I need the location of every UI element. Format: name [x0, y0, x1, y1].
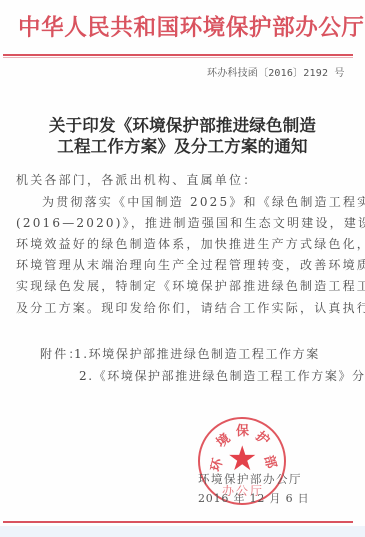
- issuer-heading: 中华人民共和国环境保护部办公厅: [18, 11, 336, 45]
- body-line-1: 为贯彻落实《中国制造 2025》和《绿色制造工程实施指南: [42, 193, 365, 210]
- footer-red-rule: [3, 521, 353, 523]
- attachment-item-1: 1.环境保护部推进绿色制造工程工作方案: [74, 345, 320, 362]
- body-line-6: 及分工方案。现印发给你们，请结合工作实际，认真执行。: [16, 299, 365, 316]
- footer-band: [0, 526, 365, 537]
- signature-org: 环境保护部办公厅: [198, 471, 302, 487]
- body-line-5: 实现绿色发展，特制定《环境保护部推进绿色制造工程工作方案》: [16, 277, 365, 294]
- header-red-rule: [3, 54, 353, 56]
- body-line-4: 环境管理从末端治理向生产全过程管理转变，改善环境质量，最终: [16, 256, 365, 273]
- body-line-2: (2016—2020)》，推进制造强国和生态文明建设，建设资源消耗少、: [16, 214, 365, 231]
- attachment-item-2: 2.《环境保护部推进绿色制造工程工作方案》分工方案: [79, 367, 365, 384]
- document-number: 环办科技函〔2016〕2192 号: [207, 64, 345, 79]
- signature-date: 2016 年 12 月 6 日: [198, 490, 309, 506]
- header-red-rule-thin: [3, 57, 353, 58]
- seal-char: 保: [236, 420, 249, 439]
- document-title-line-2: 工程工作方案》及分工方案的通知: [40, 133, 325, 157]
- body-line-3: 环境效益好的绿色制造体系，加快推进生产方式绿色化，推动我国: [16, 235, 365, 252]
- salutation: 机关各部门，各派出机构、直属单位：: [16, 171, 257, 188]
- document-page: 中华人民共和国环境保护部办公厅 环办科技函〔2016〕2192 号 关于印发《环…: [0, 0, 365, 537]
